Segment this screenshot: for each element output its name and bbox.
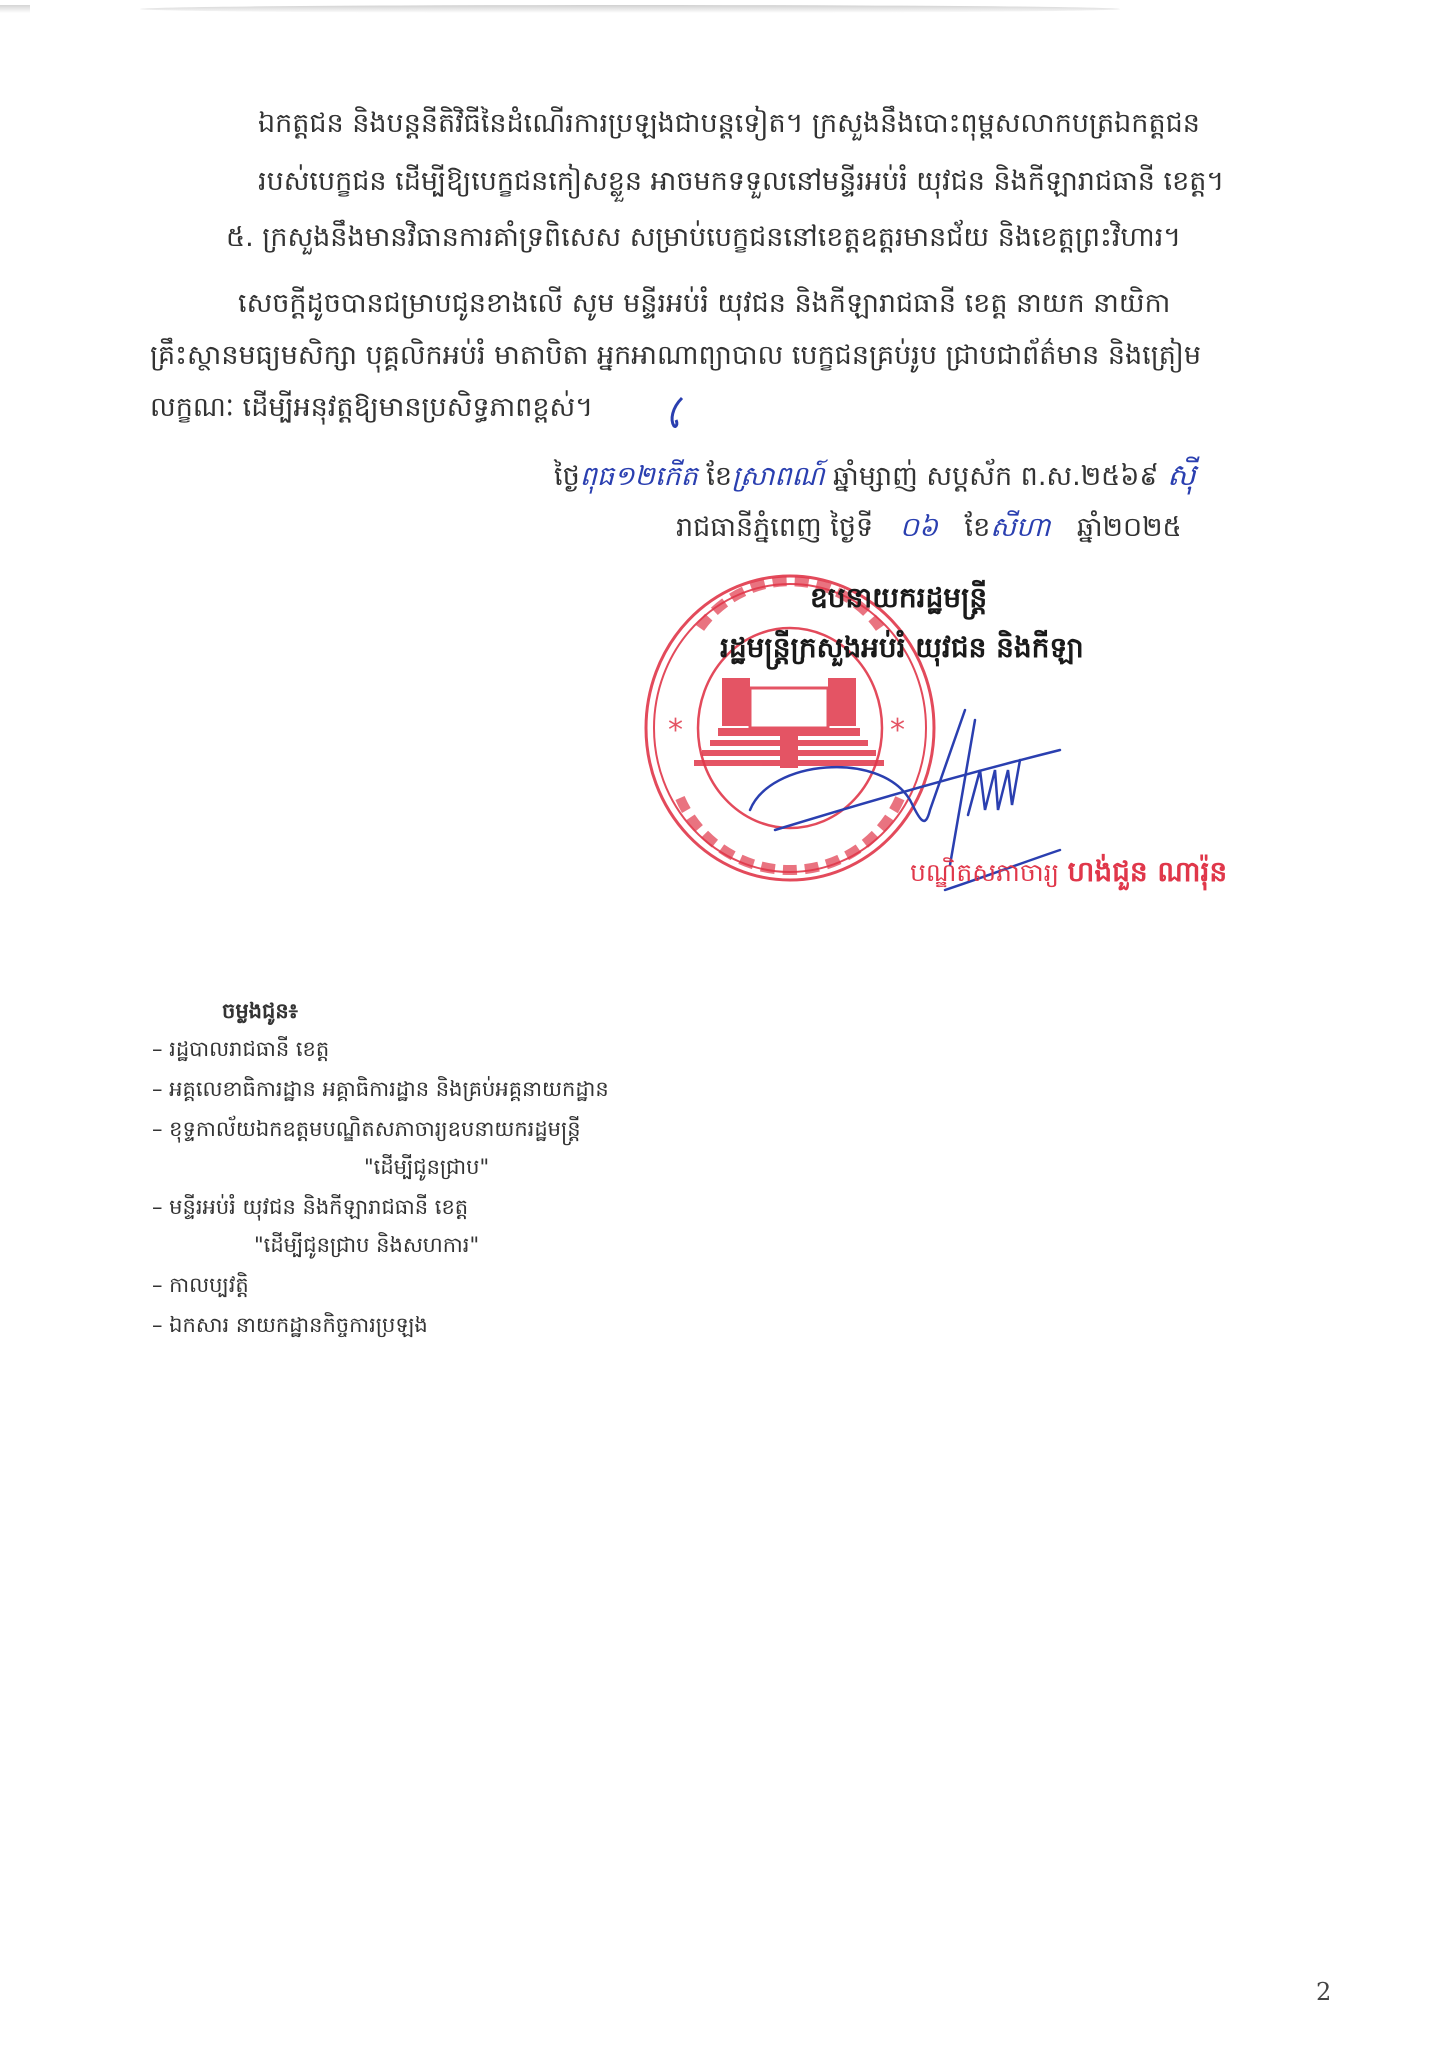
signatory-title-2: រដ្ឋមន្ត្រីក្រសួងអប់រំ យុវជន និងកីឡា	[720, 628, 1084, 668]
page-number: 2	[1316, 1978, 1331, 2006]
solar-date-line: រាជធានីភ្នំពេញ ថ្ងៃទី ០៦ ខែសីហា ឆ្នាំ២០២…	[676, 508, 1182, 548]
handwritten-phase: ១២កើត	[614, 461, 698, 492]
scan-edge-shadow	[0, 5, 30, 13]
closing-line-1: សេចក្តីដូចបានជម្រាបជូនខាងលើ សូម មន្ទីរអប…	[238, 284, 1170, 324]
cc-item: – ខុទ្ទកាល័យឯកឧត្តមបណ្ឌិតសភាចារ្យឧបនាយករ…	[152, 1114, 581, 1144]
lunar-prefix: ថ្ងៃ	[554, 461, 580, 492]
lunar-date-line: ថ្ងៃពុធ១២កើត ខែស្រាពណ៍ ឆ្នាំម្សាញ់ សប្តស…	[554, 456, 1196, 497]
cc-item-note: "ដើម្បីជូនជ្រាប"	[364, 1152, 489, 1182]
signatory-honorific: បណ្ឌិតសភាចារ្យ	[910, 858, 1059, 887]
lunar-month-prefix: ខែ	[706, 461, 732, 492]
signatory-name: ហង់ជួន ណារ៉ុន	[1068, 855, 1227, 888]
signatory-name-line: បណ្ឌិតសភាចារ្យ ហង់ជួន ណារ៉ុន	[910, 852, 1227, 893]
cc-item: – ឯកសារ នាយកដ្ឋានកិច្ចការប្រឡង	[152, 1310, 428, 1340]
cc-item: – កាលប្បវត្តិ	[152, 1270, 249, 1300]
cc-item: – មន្ទីរអប់រំ យុវជន និងកីឡារាជធានី ខេត្ត	[152, 1192, 468, 1222]
solar-prefix: រាជធានីភ្នំពេញ ថ្ងៃទី	[676, 512, 873, 543]
handwritten-solar-day: ០៦	[900, 512, 938, 543]
handwritten-lunar-month: ស្រាពណ៍	[732, 461, 824, 492]
scan-edge-shadow	[140, 5, 1120, 13]
svg-text:*: *	[668, 713, 683, 748]
initial-mark-icon	[668, 396, 688, 430]
handwritten-initial: ស៊ី	[1167, 458, 1196, 493]
cc-item: – រដ្ឋបាលរាជធានី ខេត្ត	[152, 1034, 329, 1064]
cc-item: – អគ្គលេខាធិការដ្ឋាន អគ្គាធិការដ្ឋាន និង…	[152, 1074, 609, 1104]
lunar-year: ឆ្នាំម្សាញ់ សប្តស័ក ព.ស.២៥៦៩	[833, 461, 1158, 492]
cc-item-note: "ដើម្បីជូនជ្រាប និងសហការ"	[254, 1230, 479, 1260]
body-line-2: របស់បេក្ខជន ដើម្បីឱ្យបេក្ខជនកៀសខ្លួន អាច…	[258, 162, 1224, 202]
body-line-3-item-5: ៥. ក្រសួងនឹងមានវិធានការគាំទ្រពិសេស សម្រា…	[226, 218, 1181, 258]
solar-year: ឆ្នាំ២០២៥	[1077, 512, 1182, 543]
handwritten-solar-month: សីហា	[990, 512, 1050, 543]
closing-line-3: លក្ខណៈ ដើម្បីអនុវត្តឱ្យមានប្រសិទ្ធភាពខ្ព…	[150, 388, 593, 428]
signatory-title-1: ឧបនាយករដ្ឋមន្ត្រី	[810, 578, 987, 618]
cc-title: ចម្លងជូន៖	[222, 996, 298, 1026]
solar-month-prefix: ខែ	[965, 512, 991, 543]
handwritten-signature-icon	[740, 690, 1060, 870]
handwritten-day: ពុធ	[580, 461, 614, 492]
body-line-1: ឯកត្តជន និងបន្តនីតិវិធីនៃដំណើរការប្រឡងជា…	[258, 104, 1200, 144]
closing-line-2: គ្រឹះស្ថានមធ្យមសិក្សា បុគ្គលិកអប់រំ មាតា…	[150, 336, 1201, 376]
